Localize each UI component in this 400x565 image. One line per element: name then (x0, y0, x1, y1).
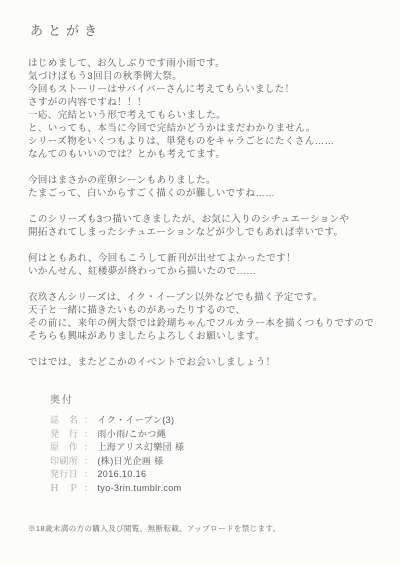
afterword-line: 何はともあれ、今回もこうして新刊が出せてよかったです！ (28, 252, 380, 265)
afterword-line: 今回もストーリーはサバイバーさんに考えてもらいました！ (28, 83, 380, 96)
afterword-line: そちらも興味がありましたらよろしくお願いします。 (28, 330, 380, 343)
colophon-label: 誌 名 (50, 414, 80, 428)
afterword-paragraph: このシリーズも3つ描いてきましたが、お気に入りのシチュエーションや開拓されてしま… (28, 213, 380, 239)
colophon-label: 発 行 (50, 428, 80, 442)
colophon-label: 原 作 (50, 441, 80, 455)
afterword-line: はじめまして、お久しぶりです雨小雨です。 (28, 57, 380, 70)
colophon-row: Ｈ Ｐ：tyo-3rin.tumblr.com (50, 482, 380, 496)
afterword-line: その前に、来年の例大祭では鈴瑚ちゃんでフルカラー本を描くつもりですので (28, 317, 380, 330)
afterword-line: たまごって、白いからすごく描くのが難しいですね…… (28, 187, 380, 200)
colophon-label: Ｈ Ｐ (50, 482, 80, 496)
afterword-line: 一応、完結という形で考えてもらいました。 (28, 109, 380, 122)
afterword-line: いかんせん、紅楼夢が終わってから描いたので…… (28, 265, 380, 278)
afterword-line: このシリーズも3つ描いてきましたが、お気に入りのシチュエーションや (28, 213, 380, 226)
colophon-value: (株)日光企画 様 (97, 456, 163, 466)
colophon-row: 発行日：2016.10.16 (50, 468, 380, 482)
colophon-value: 上海アリス幻樂団 様 (97, 442, 184, 452)
afterword-paragraph: 衣玖さんシリーズは、イク・イーブン以外などでも描く予定です。天子と一緒に描きたい… (28, 291, 380, 343)
afterword-line: 今回はまさかの産卵シーンもありました。 (28, 174, 380, 187)
colophon-separator: ： (84, 415, 93, 425)
colophon-header: 奥付 (50, 391, 380, 406)
colophon-value: tyo-3rin.tumblr.com (97, 483, 181, 493)
age-restriction-note: ※18歳未満の方の購入及び閲覧、無断転載、アップロードを禁じます。 (28, 523, 380, 534)
afterword-paragraph: 今回はまさかの産卵シーンもありました。たまごって、白いからすごく描くのが難しいで… (28, 174, 380, 200)
afterword-line: 天子と一緒に描きたいものがあったりするので、 (28, 304, 380, 317)
colophon-label: 印刷所 (50, 455, 80, 469)
colophon-rows: 誌 名：イク・イーブン(3)発 行：雨小雨/こかつ縄原 作：上海アリス幻樂団 様… (50, 414, 380, 495)
afterword-line: シリーズ物をいくつもよりは、単発ものをキャラごとにたくさん…… (28, 135, 380, 148)
afterword-page: あとがき はじめまして、お久しぶりです雨小雨です。気づけばもう3回目の秋季例大祭… (0, 0, 400, 565)
colophon-separator: ： (84, 429, 93, 439)
afterword-paragraph: ではでは、またどこかのイベントでお会いしましょう！ (28, 356, 380, 369)
colophon-value: 2016.10.16 (97, 469, 146, 479)
afterword-body: はじめまして、お久しぶりです雨小雨です。気づけばもう3回目の秋季例大祭。今回もス… (28, 57, 380, 369)
afterword-line: 気づけばもう3回目の秋季例大祭。 (28, 70, 380, 83)
afterword-line: 衣玖さんシリーズは、イク・イーブン以外などでも描く予定です。 (28, 291, 380, 304)
colophon-row: 発 行：雨小雨/こかつ縄 (50, 428, 380, 442)
afterword-line: さすがの内容ですね！！！ (28, 96, 380, 109)
colophon-separator: ： (84, 456, 93, 466)
page-title: あとがき (30, 20, 380, 39)
colophon-separator: ： (84, 483, 93, 493)
colophon: 奥付 誌 名：イク・イーブン(3)発 行：雨小雨/こかつ縄原 作：上海アリス幻樂… (50, 391, 380, 495)
afterword-paragraph: 何はともあれ、今回もこうして新刊が出せてよかったです！いかんせん、紅楼夢が終わっ… (28, 252, 380, 278)
colophon-row: 誌 名：イク・イーブン(3) (50, 414, 380, 428)
colophon-row: 印刷所：(株)日光企画 様 (50, 455, 380, 469)
colophon-row: 原 作：上海アリス幻樂団 様 (50, 441, 380, 455)
colophon-value: イク・イーブン(3) (97, 415, 174, 425)
afterword-line: ではでは、またどこかのイベントでお会いしましょう！ (28, 356, 380, 369)
colophon-label: 発行日 (50, 468, 80, 482)
colophon-separator: ： (84, 469, 93, 479)
afterword-line: なんてのもいいのでは？とかも考えてます。 (28, 148, 380, 161)
afterword-paragraph: はじめまして、お久しぶりです雨小雨です。気づけばもう3回目の秋季例大祭。今回もス… (28, 57, 380, 161)
afterword-line: 開拓されてしまったシチュエーションなどが少しでもあれば幸いです。 (28, 226, 380, 239)
colophon-value: 雨小雨/こかつ縄 (97, 429, 166, 439)
colophon-separator: ： (84, 442, 93, 452)
afterword-line: と、いっても、本当に今回で完結かどうかはまだわかりません。 (28, 122, 380, 135)
